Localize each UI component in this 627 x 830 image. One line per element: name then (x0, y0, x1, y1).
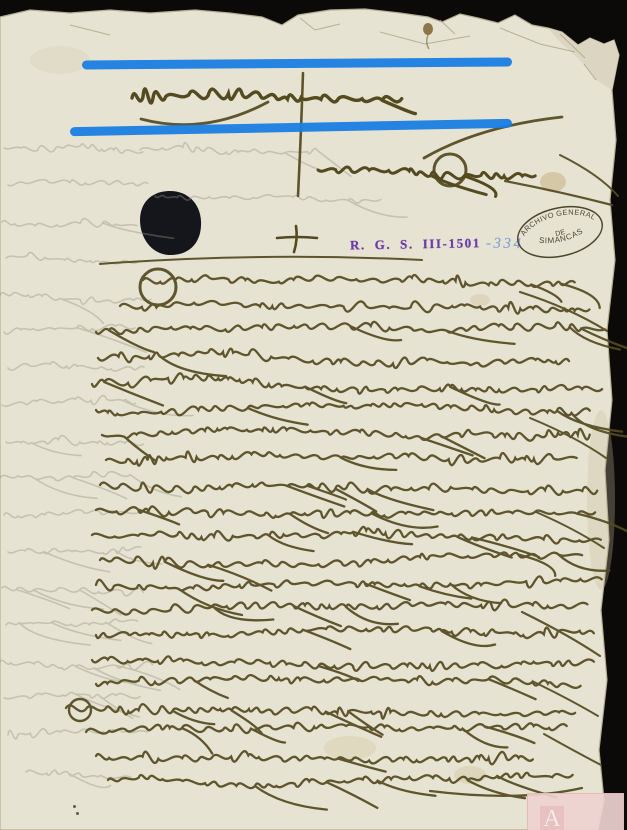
initial-letter-ring (140, 269, 176, 305)
ghost-line (6, 436, 143, 456)
pen-flourish (141, 102, 268, 125)
pen-flourish (544, 734, 601, 765)
pen-flourish (530, 418, 606, 458)
ghost-line (8, 362, 144, 371)
pen-flourish (534, 682, 598, 716)
manuscript-text-line (66, 704, 575, 737)
manuscript-text-line (120, 301, 589, 314)
secondary-inscription (318, 167, 535, 196)
ghost-bleedthrough-writing (0, 143, 407, 788)
ghost-line (0, 293, 151, 324)
archive-oval-stamp: ARCHIVO GENERAL DE SIMANCAS (505, 198, 615, 270)
pen-flourish (560, 155, 618, 196)
manuscript-scan: R. G. S. III-1501-334 ARCHIVO GENERAL DE… (0, 0, 627, 830)
ink-dot (76, 812, 79, 815)
body-text-handwriting (66, 73, 627, 810)
manuscript-text-line (96, 626, 594, 649)
ghost-line (8, 180, 148, 186)
manuscript-text-line (108, 773, 573, 810)
manuscript-text-line (92, 527, 601, 558)
pen-flourish (298, 73, 303, 196)
watermark-badge: A (527, 793, 624, 830)
manuscript-text-line (100, 483, 597, 512)
ghost-line (2, 587, 143, 615)
title-inscription (132, 89, 415, 114)
manuscript-text-line (143, 275, 600, 308)
reference-stamp: R. G. S. III-1501-334 (350, 234, 524, 254)
ghost-line (6, 619, 152, 645)
manuscript-text-line (96, 751, 533, 771)
watermark-letter: A (540, 806, 564, 830)
manuscript-text-line (86, 723, 567, 754)
manuscript-text-line (96, 322, 627, 355)
manuscript-text-line (106, 452, 577, 470)
manuscript-text-line (92, 373, 602, 405)
manuscript-text-line (92, 600, 587, 626)
manuscript-text-line (92, 656, 594, 681)
pen-flourish (100, 257, 422, 264)
ghost-line (4, 144, 143, 153)
reference-stamp-text: R. G. S. III-1501 (350, 235, 481, 252)
manuscript-text-line (98, 349, 569, 377)
ink-dot (73, 805, 76, 808)
manuscript-text-line (96, 675, 581, 699)
ghost-line (2, 219, 174, 239)
ghost-line (8, 547, 162, 572)
initial-letter-ring (434, 154, 466, 186)
cross-mark (277, 226, 317, 252)
ghost-line (155, 195, 407, 217)
ghost-line (26, 770, 131, 787)
